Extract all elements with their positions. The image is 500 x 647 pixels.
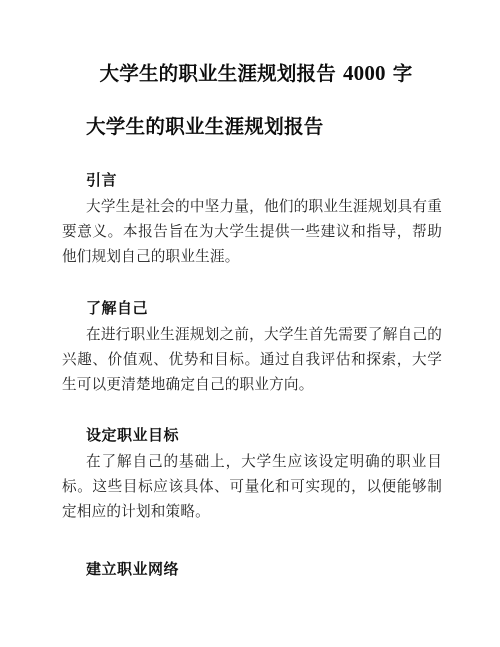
document-page: 大学生的职业生涯规划报告 4000 字 大学生的职业生涯规划报告 引言 大学生是…	[0, 0, 500, 647]
section-build-career-network: 建立职业网络	[62, 559, 442, 579]
section-know-yourself: 了解自己 在进行职业生涯规划之前，大学生首先需要了解自己的兴趣、价值观、优势和目…	[62, 298, 442, 397]
section-heading: 引言	[86, 170, 442, 190]
section-heading: 了解自己	[86, 298, 442, 318]
document-subtitle: 大学生的职业生涯规划报告	[86, 114, 324, 140]
section-introduction: 引言 大学生是社会的中坚力量，他们的职业生涯规划具有重要意义。本报告旨在为大学生…	[62, 170, 442, 269]
document-title: 大学生的职业生涯规划报告 4000 字	[0, 60, 500, 87]
section-set-career-goals: 设定职业目标 在了解自己的基础上，大学生应该设定明确的职业目标。这些目标应该具体…	[62, 425, 442, 524]
section-body: 大学生是社会的中坚力量，他们的职业生涯规划具有重要意义。本报告旨在为大学生提供一…	[62, 194, 442, 269]
section-heading: 建立职业网络	[86, 559, 442, 579]
document-title-text: 大学生的职业生涯规划报告	[100, 62, 343, 85]
section-body: 在了解自己的基础上，大学生应该设定明确的职业目标。这些目标应该具体、可量化和可实…	[62, 449, 442, 524]
section-body: 在进行职业生涯规划之前，大学生首先需要了解自己的兴趣、价值观、优势和目标。通过自…	[62, 322, 442, 397]
document-title-suffix: 字	[386, 62, 413, 85]
section-heading: 设定职业目标	[86, 425, 442, 445]
document-title-number: 4000	[343, 61, 386, 85]
